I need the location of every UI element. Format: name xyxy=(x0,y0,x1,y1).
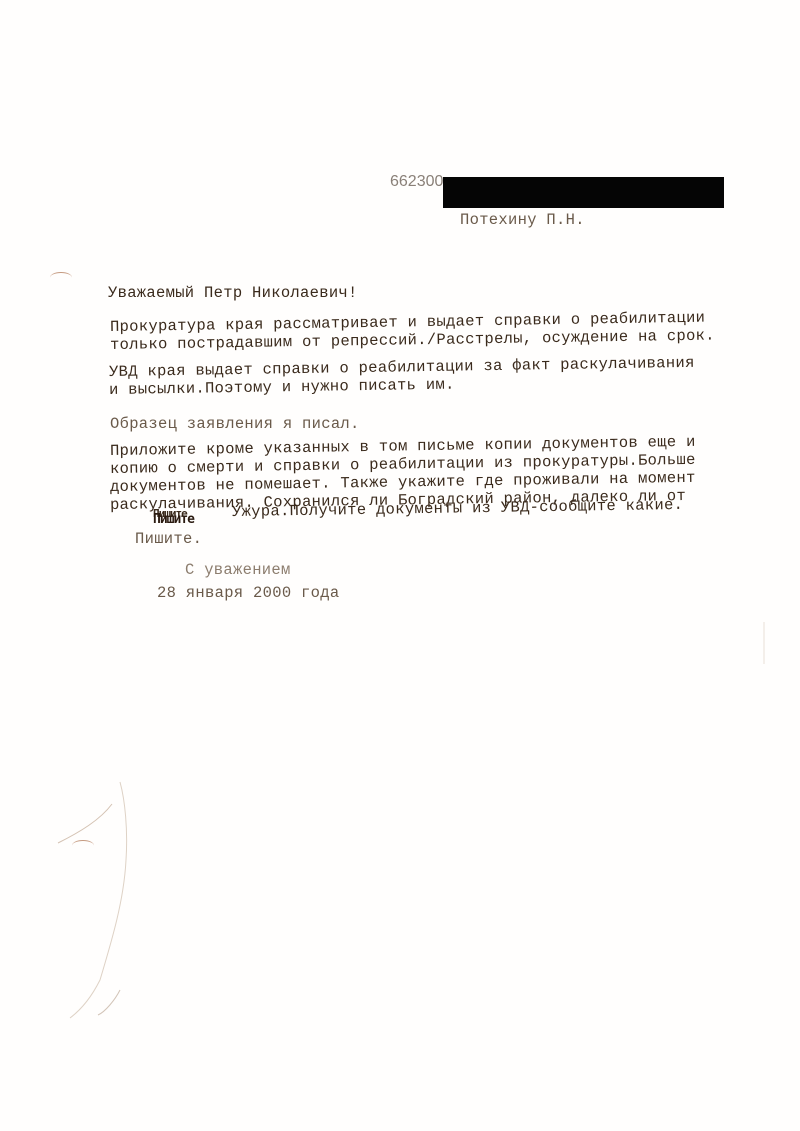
punch-hole-mark xyxy=(50,272,72,283)
letter-page: 662300 Потехину П.Н. Уважаемый Петр Нико… xyxy=(0,0,800,1131)
paper-crease-marks xyxy=(0,0,800,1131)
closing-line: Пишите. xyxy=(135,530,202,548)
punch-hole-mark xyxy=(72,840,94,851)
recipient-name: Потехину П.Н. xyxy=(460,211,585,229)
regards: С уважением xyxy=(185,561,291,579)
paragraph-line: Образец заявления я писал. xyxy=(110,415,360,433)
salutation: Уважаемый Петр Николаевич! xyxy=(108,284,358,302)
overtyped-word: Пишите xyxy=(153,512,194,527)
redacted-address-block xyxy=(443,177,724,208)
letter-date: 28 января 2000 года xyxy=(157,584,339,602)
postcode: 662300 xyxy=(390,173,443,191)
